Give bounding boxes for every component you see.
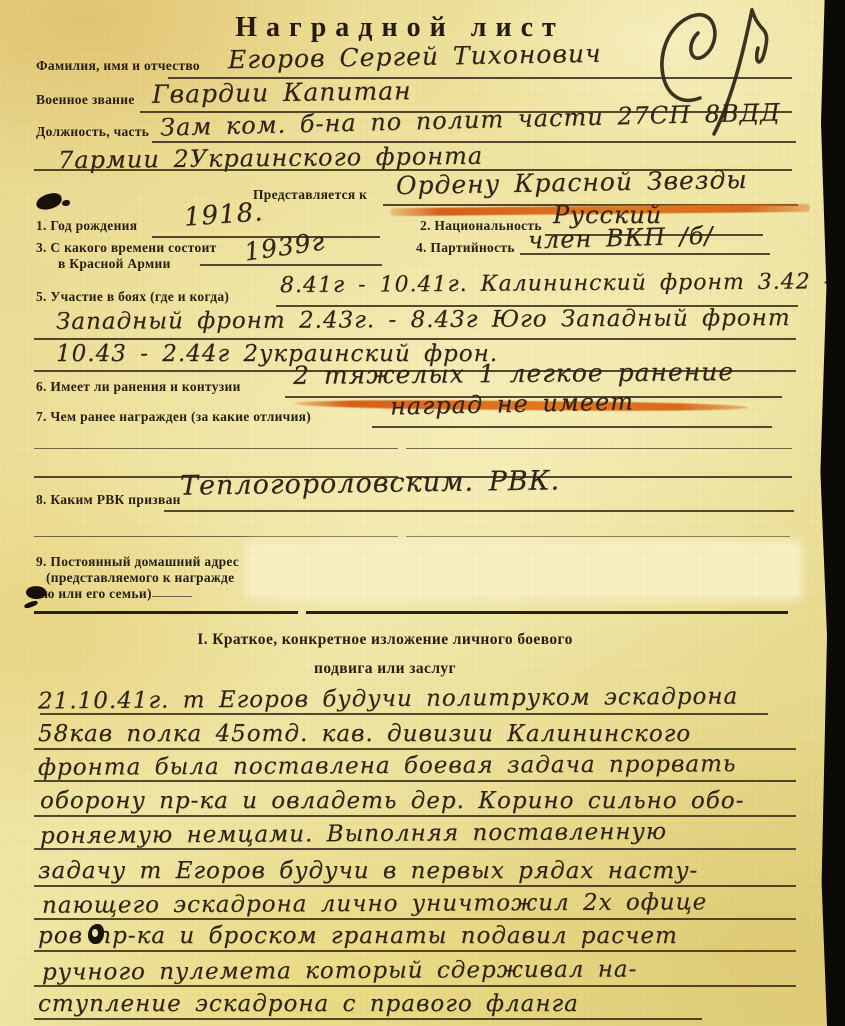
award-sheet-scan: Наградной лист Фамилия, имя и отчество Е… (0, 0, 845, 1026)
body-line: фронта была поставлена боевая задача про… (38, 751, 737, 781)
field-value-prev-awards: наград не имеет (390, 387, 634, 420)
field-label-name: Фамилия, имя и отчество (36, 58, 200, 74)
field-label-prev-awards: 7. Чем ранее награжден (за какие отличия… (36, 409, 311, 425)
ruled-line (520, 253, 770, 255)
body-line: роняемую немцами. Выполняя поставленную (40, 819, 667, 849)
field-value-wounds: 2 тяжелых 1 легкое ранение (293, 357, 734, 390)
field-value-presented: Ордену Красной Звезды (396, 165, 748, 200)
ink-blot (62, 200, 70, 206)
body-line: 58кав полка 45отд. кав. дивизии Калининс… (38, 721, 691, 747)
ruled-line (40, 713, 768, 715)
field-label-service-1: 3. С какого времени состоит (36, 240, 217, 256)
field-label-rank: Военное звание (36, 92, 135, 108)
separator-line (34, 611, 298, 614)
field-value-name: Егоров Сергей Тихонович (228, 39, 602, 75)
field-label-duty: Должность, часть (36, 124, 149, 140)
field-value-battles-2: Западный фронт 2.43г. - 8.43г Юго Западн… (56, 305, 791, 335)
field-label-presented: Представляется к (253, 187, 367, 203)
ruled-line (34, 338, 796, 340)
body-line: пающего эскадрона лично уничтожил 2х офи… (42, 889, 707, 918)
ruled-line (34, 780, 796, 782)
section-heading: I. Краткое, конкретное изложение личного… (60, 631, 710, 678)
ruled-line (152, 596, 192, 597)
body-line: ручного пулемета который сдерживал на- (42, 956, 637, 985)
body-line: ступление эскадрона с правого фланга (38, 991, 579, 1017)
section-heading-line2: подвига или заслуг (60, 660, 710, 678)
field-label-rvk: 8. Каким РВК призван (36, 492, 181, 508)
ink-blot (24, 600, 39, 609)
ink-blot (35, 191, 64, 211)
body-line: ров пр-ка и броском гранаты подавил расч… (38, 923, 678, 949)
section-heading-line1: I. Краткое, конкретное изложение личного… (60, 631, 710, 649)
ruled-line (34, 950, 796, 952)
ink-blot (92, 929, 98, 937)
field-label-battles: 5. Участие в боях (где и когда) (36, 289, 229, 305)
field-label-service-2: в Красной Армии (58, 256, 171, 272)
ruled-line (34, 536, 398, 537)
pen-flourish-mark (640, 2, 830, 182)
field-label-party: 4. Партийность (416, 240, 515, 256)
ruled-line (34, 885, 796, 887)
ruled-line (406, 448, 792, 449)
ruled-line (34, 985, 796, 987)
field-label-nationality: 2. Национальность (420, 218, 542, 234)
ruled-line (372, 426, 772, 428)
body-line: задачу т Егоров будучи в первых рядах на… (38, 858, 698, 884)
ruled-line (200, 264, 382, 266)
ruled-line (34, 815, 796, 817)
field-label-birth-year: 1. Год рождения (36, 218, 137, 234)
field-value-party: член ВКП /б/ (528, 222, 714, 255)
field-label-address-2: (представляемого к награжде (46, 570, 234, 586)
ruled-line (34, 448, 398, 449)
field-value-birth-year: 1918. (183, 197, 264, 232)
field-label-wounds: 6. Имеет ли ранения и контузии (36, 379, 241, 395)
field-value-battles-1: 8.41г - 10.41г. Калининский фронт 3.42 -… (280, 269, 845, 298)
field-value-rank: Гвардии Капитан (152, 76, 412, 109)
whiteout-patch (250, 544, 798, 596)
field-label-address-1: 9. Постоянный домашний адрес (36, 554, 239, 570)
field-label-address-3: ию или его семьи) (36, 586, 152, 602)
body-line: 21.10.41г. т Егоров будучи политруком эс… (38, 684, 738, 715)
separator-line (306, 611, 788, 614)
body-line: оборону пр-ка и овладеть дер. Корино сил… (40, 788, 744, 814)
field-value-rvk: Теплогороловским. РВК. (180, 465, 561, 501)
ruled-line (164, 510, 794, 512)
ruled-line (34, 1018, 702, 1020)
ruled-line (406, 536, 790, 537)
ruled-line (34, 748, 796, 750)
ruled-line (34, 918, 796, 920)
field-value-service: 1939г (242, 226, 327, 266)
ruled-line (34, 848, 796, 850)
